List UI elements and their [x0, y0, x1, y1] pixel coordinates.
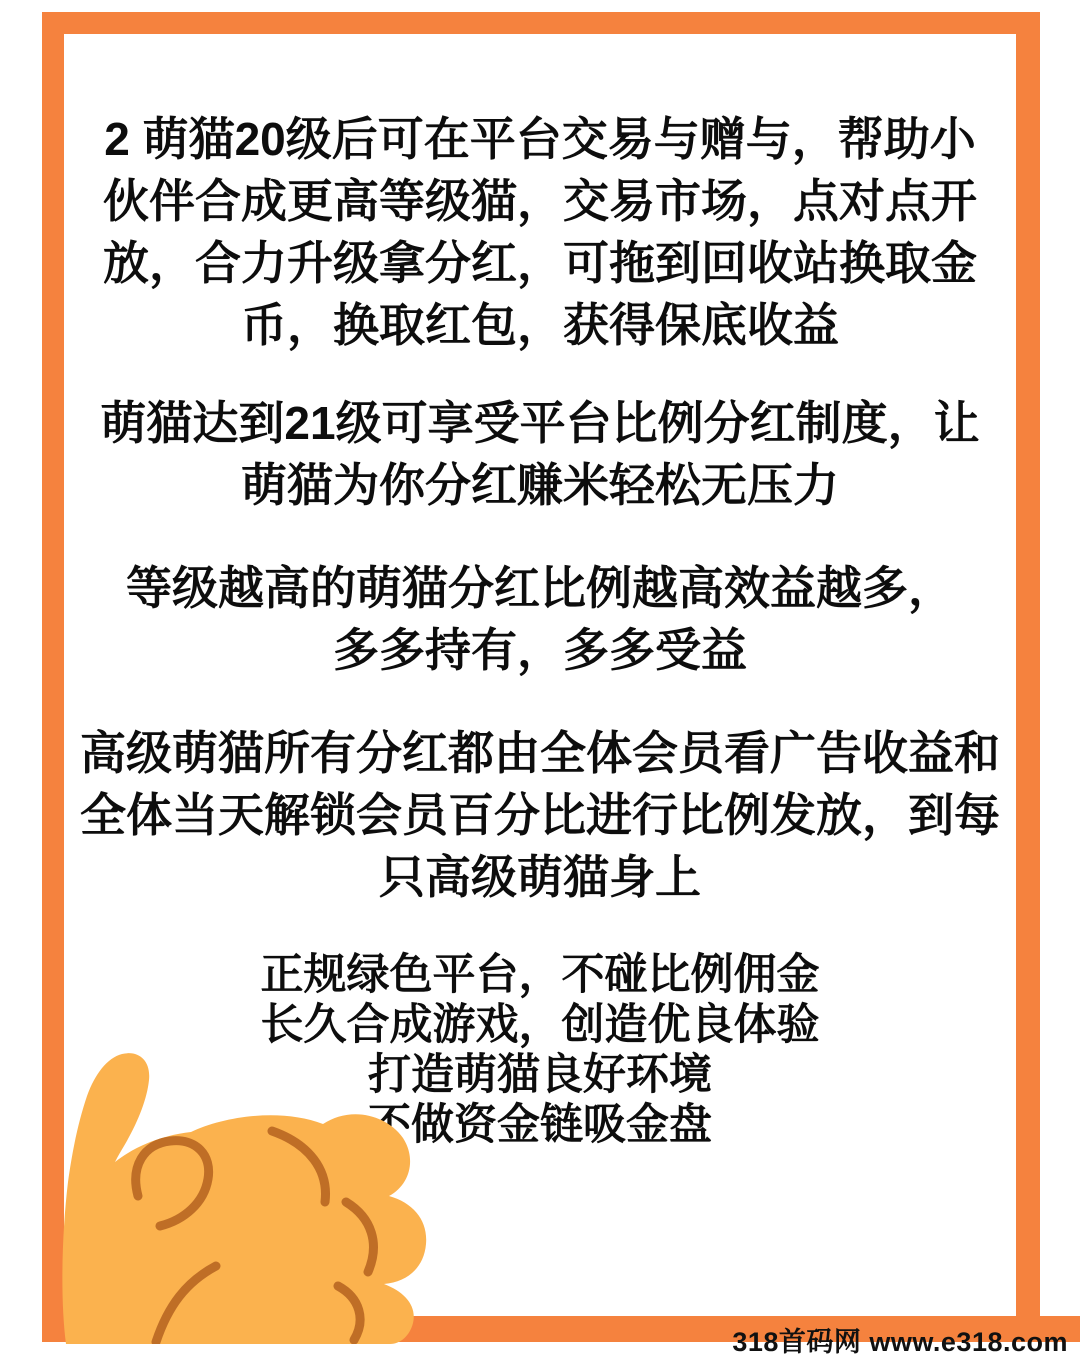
- poster: 2 萌猫20级后可在平台交易与赠与，帮助小 伙伴合成更高等级猫，交易市场，点对点…: [0, 0, 1080, 1355]
- paragraph-trade-rules: 2 萌猫20级后可在平台交易与赠与，帮助小 伙伴合成更高等级猫，交易市场，点对点…: [58, 108, 1022, 356]
- paragraph-line: 伙伴合成更高等级猫，交易市场，点对点开: [58, 170, 1022, 232]
- paragraph-line: 正规绿色平台，不碰比例佣金: [58, 950, 1022, 1000]
- paragraph-line: 2 萌猫20级后可在平台交易与赠与，帮助小: [58, 108, 1022, 170]
- paragraph-line: 高级萌猫所有分红都由全体会员看广告收益和: [58, 722, 1022, 784]
- paragraph-line: 币，换取红包，获得保底收益: [58, 294, 1022, 356]
- border-top: [42, 12, 1040, 34]
- hand-silhouette: [62, 1053, 426, 1344]
- paragraph-line: 只高级萌猫身上: [58, 846, 1022, 908]
- paragraph-level21-dividend: 萌猫达到21级可享受平台比例分红制度，让 萌猫为你分红赚米轻松无压力: [58, 392, 1022, 516]
- paragraph-line: 等级越高的萌猫分红比例越高效益越多，: [58, 557, 1022, 619]
- paragraph-dividend-source: 高级萌猫所有分红都由全体会员看广告收益和 全体当天解锁会员百分比进行比例发放，到…: [58, 722, 1022, 908]
- paragraph-line: 放，合力升级拿分红，可拖到回收站换取金: [58, 232, 1022, 294]
- paragraph-line: 萌猫达到21级可享受平台比例分红制度，让: [58, 392, 1022, 454]
- paragraph-higher-level-benefit: 等级越高的萌猫分红比例越高效益越多， 多多持有，多多受益: [58, 557, 1022, 681]
- paragraph-line: 全体当天解锁会员百分比进行比例发放，到每: [58, 784, 1022, 846]
- watermark: 318首码网 www.e318.com: [732, 1320, 1068, 1355]
- paragraph-line: 萌猫为你分红赚米轻松无压力: [58, 454, 1022, 516]
- paragraph-line: 多多持有，多多受益: [58, 619, 1022, 681]
- thumbs-up-icon: [26, 1034, 462, 1344]
